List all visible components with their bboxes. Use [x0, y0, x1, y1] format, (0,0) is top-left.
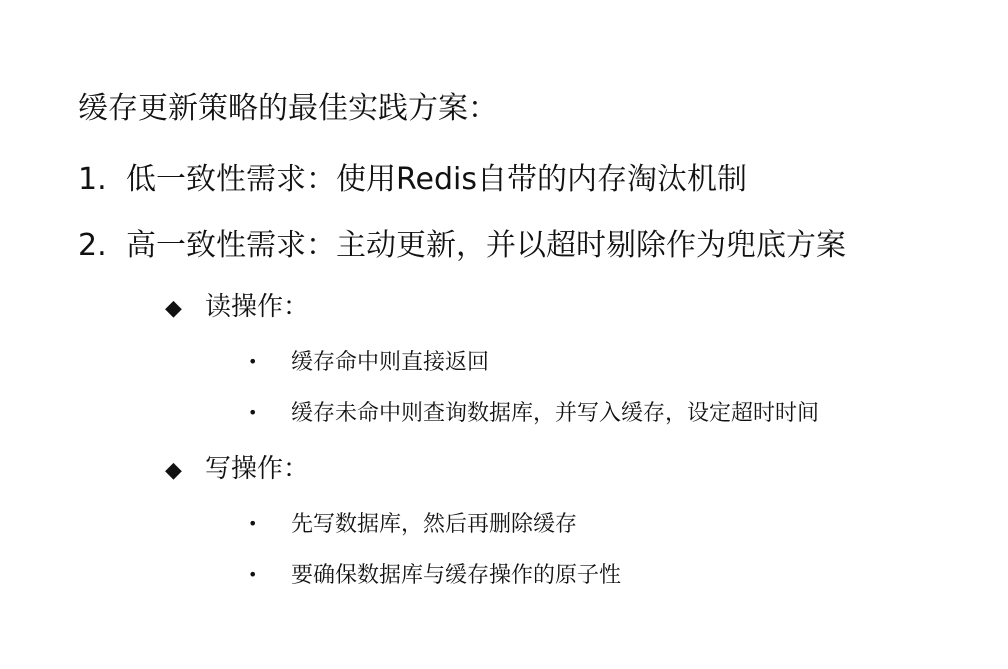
- bullet-item: •先写数据库，然后再删除缓存: [248, 509, 577, 540]
- dot-bullet-icon: •: [248, 398, 291, 428]
- bullet-text: 缓存未命中则查询数据库，并写入缓存，设定超时时间: [291, 401, 819, 426]
- bullet-text: 先写数据库，然后再删除缓存: [291, 512, 577, 537]
- bullet-item: •缓存未命中则查询数据库，并写入缓存，设定超时时间: [248, 398, 819, 429]
- section-heading: 写操作：: [205, 454, 309, 484]
- dot-bullet-icon: •: [248, 347, 291, 377]
- dot-bullet-icon: •: [248, 509, 291, 539]
- bullet-item: •要确保数据库与缓存操作的原子性: [248, 560, 621, 591]
- numbered-item-high-consistency: 2.高一致性需求：主动更新，并以超时剔除作为兜底方案: [78, 226, 846, 266]
- item-number: 2.: [78, 226, 126, 266]
- item-number: 1.: [78, 160, 126, 200]
- section-read-operation: ◆读操作：: [165, 290, 309, 326]
- bullet-item: •缓存命中则直接返回: [248, 347, 489, 378]
- bullet-text: 要确保数据库与缓存操作的原子性: [291, 563, 621, 588]
- section-heading: 读操作：: [205, 292, 309, 322]
- numbered-item-low-consistency: 1.低一致性需求：使用Redis自带的内存淘汰机制: [78, 160, 747, 200]
- bullet-text: 缓存命中则直接返回: [291, 350, 489, 375]
- diamond-bullet-icon: ◆: [165, 292, 205, 326]
- diamond-bullet-icon: ◆: [165, 454, 205, 488]
- item-text: 低一致性需求：使用Redis自带的内存淘汰机制: [126, 162, 747, 197]
- slide: 缓存更新策略的最佳实践方案： 1.低一致性需求：使用Redis自带的内存淘汰机制…: [0, 0, 1008, 669]
- slide-title: 缓存更新策略的最佳实践方案：: [78, 89, 498, 129]
- dot-bullet-icon: •: [248, 560, 291, 590]
- section-write-operation: ◆写操作：: [165, 452, 309, 488]
- item-text: 高一致性需求：主动更新，并以超时剔除作为兜底方案: [126, 228, 846, 263]
